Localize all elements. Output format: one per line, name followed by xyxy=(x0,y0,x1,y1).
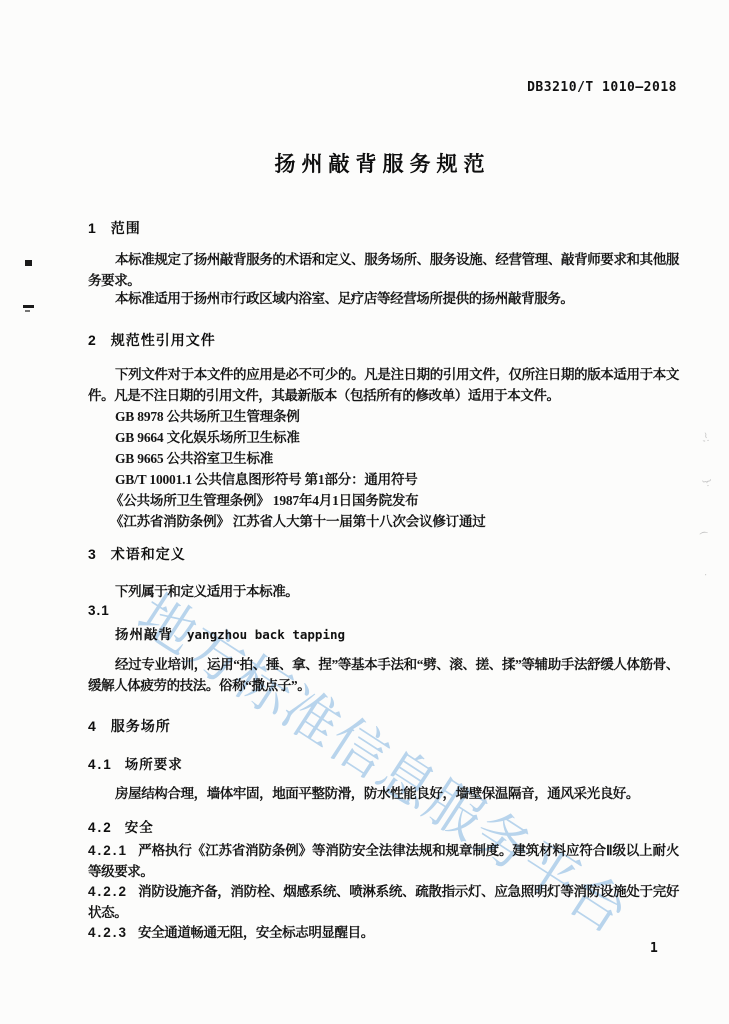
term-definition: 经过专业培训，运用“拍、捶、拿、捏”等基本手法和“劈、滚、搓、揉”等辅助手法舒缓… xyxy=(88,654,679,696)
section-4-1-heading: 4.1场所要求 xyxy=(88,753,183,773)
scanned-document-page: { "header": { "doc_code": "DB3210/T 1010… xyxy=(0,0,729,1024)
clause-4-2-1-text: 严格执行《江苏省消防条例》等消防安全法律法规和规章制度。建筑材料应符合Ⅱ级以上耐… xyxy=(88,843,679,879)
term-number: 3.1 xyxy=(88,603,110,618)
section-3-number: 3 xyxy=(88,546,97,562)
section-2-heading-label: 规范性引用文件 xyxy=(111,332,216,348)
reference-item: GB 8978 公共场所卫生管理条例 xyxy=(115,405,677,425)
term-english: yangzhou back tapping xyxy=(187,627,345,642)
section-1-heading-label: 范围 xyxy=(111,220,141,236)
scan-artifact-right-3: ( xyxy=(698,530,708,535)
clause-4-2-1: 4.2.1严格执行《江苏省消防条例》等消防安全法律法规和规章制度。建筑材料应符合… xyxy=(88,840,679,882)
document-title: 扬州敲背服务规范 xyxy=(88,148,677,178)
scan-artifact-right-2: }· xyxy=(701,478,712,488)
section-4-1-heading-label: 场所要求 xyxy=(125,757,183,772)
reference-item: 《公共场所卫生管理条例》 1987年4月1日国务院发布 xyxy=(110,489,672,509)
scan-artifact-left-3 xyxy=(25,310,30,312)
reference-item: GB 9665 公共浴室卫生标准 xyxy=(115,447,677,467)
term-title: 扬州敲背yangzhou back tapping xyxy=(115,623,345,643)
section-1-paragraph-1: 本标准规定了扬州敲背服务的术语和定义、服务场所、服务设施、经营管理、敲背师要求和… xyxy=(88,249,679,291)
reference-item: GB 9664 文化娱乐场所卫生标准 xyxy=(115,426,677,446)
section-3-heading-label: 术语和定义 xyxy=(111,546,186,562)
section-2-heading: 2规范性引用文件 xyxy=(88,330,216,350)
section-4-1-paragraph: 房屋结构合理，墙体牢固，地面平整防滑，防水性能良好，墙壁保温隔音，通风采光良好。 xyxy=(88,783,679,804)
clause-4-2-2-text: 消防设施齐备，消防栓、烟感系统、喷淋系统、疏散指示灯、应急照明灯等消防设施处于完… xyxy=(88,884,679,920)
term-chinese: 扬州敲背 xyxy=(115,627,173,642)
section-3-heading: 3术语和定义 xyxy=(88,544,186,564)
scan-artifact-right-4: · xyxy=(699,573,709,578)
page-number: 1 xyxy=(650,941,658,956)
scan-artifact-left-2 xyxy=(23,305,34,308)
scan-artifact-left-1 xyxy=(25,260,32,266)
section-1-number: 1 xyxy=(88,220,97,236)
section-4-heading-label: 服务场所 xyxy=(111,718,171,734)
clause-4-2-3: 4.2.3安全通道畅通无阻，安全标志明显醒目。 xyxy=(88,922,679,943)
section-4-1-number: 4.1 xyxy=(88,757,113,772)
clause-4-2-2-number: 4.2.2 xyxy=(88,884,128,899)
section-4-2-heading: 4.2安全 xyxy=(88,816,154,836)
clause-4-2-3-number: 4.2.3 xyxy=(88,925,128,940)
section-2-number: 2 xyxy=(88,332,97,348)
section-4-2-heading-label: 安全 xyxy=(125,820,154,835)
clause-4-2-3-text: 安全通道畅通无阻，安全标志明显醒目。 xyxy=(138,925,374,940)
section-4-2-number: 4.2 xyxy=(88,820,113,835)
clause-4-2-2: 4.2.2消防设施齐备，消防栓、烟感系统、喷淋系统、疏散指示灯、应急照明灯等消防… xyxy=(88,881,679,923)
reference-item: 《江苏省消防条例》 江苏省人大第十一届第十八次会议修订通过 xyxy=(110,510,672,530)
scan-artifact-right-1: ~; xyxy=(699,431,711,443)
section-1-paragraph-2: 本标准适用于扬州市行政区域内浴室、足疗店等经营场所提供的扬州敲背服务。 xyxy=(88,288,679,309)
document-code: DB3210/T 1010—2018 xyxy=(527,80,677,95)
section-3-intro: 下列属于和定义适用于本标准。 xyxy=(88,581,679,602)
section-4-number: 4 xyxy=(88,718,97,734)
section-1-heading: 1范围 xyxy=(88,218,141,238)
section-2-intro: 下列文件对于本文件的应用是必不可少的。凡是注日期的引用文件，仅所注日期的版本适用… xyxy=(88,364,679,406)
clause-4-2-1-number: 4.2.1 xyxy=(88,843,128,858)
section-4-heading: 4服务场所 xyxy=(88,716,171,736)
reference-item: GB/T 10001.1 公共信息图形符号 第1部分：通用符号 xyxy=(115,468,677,488)
